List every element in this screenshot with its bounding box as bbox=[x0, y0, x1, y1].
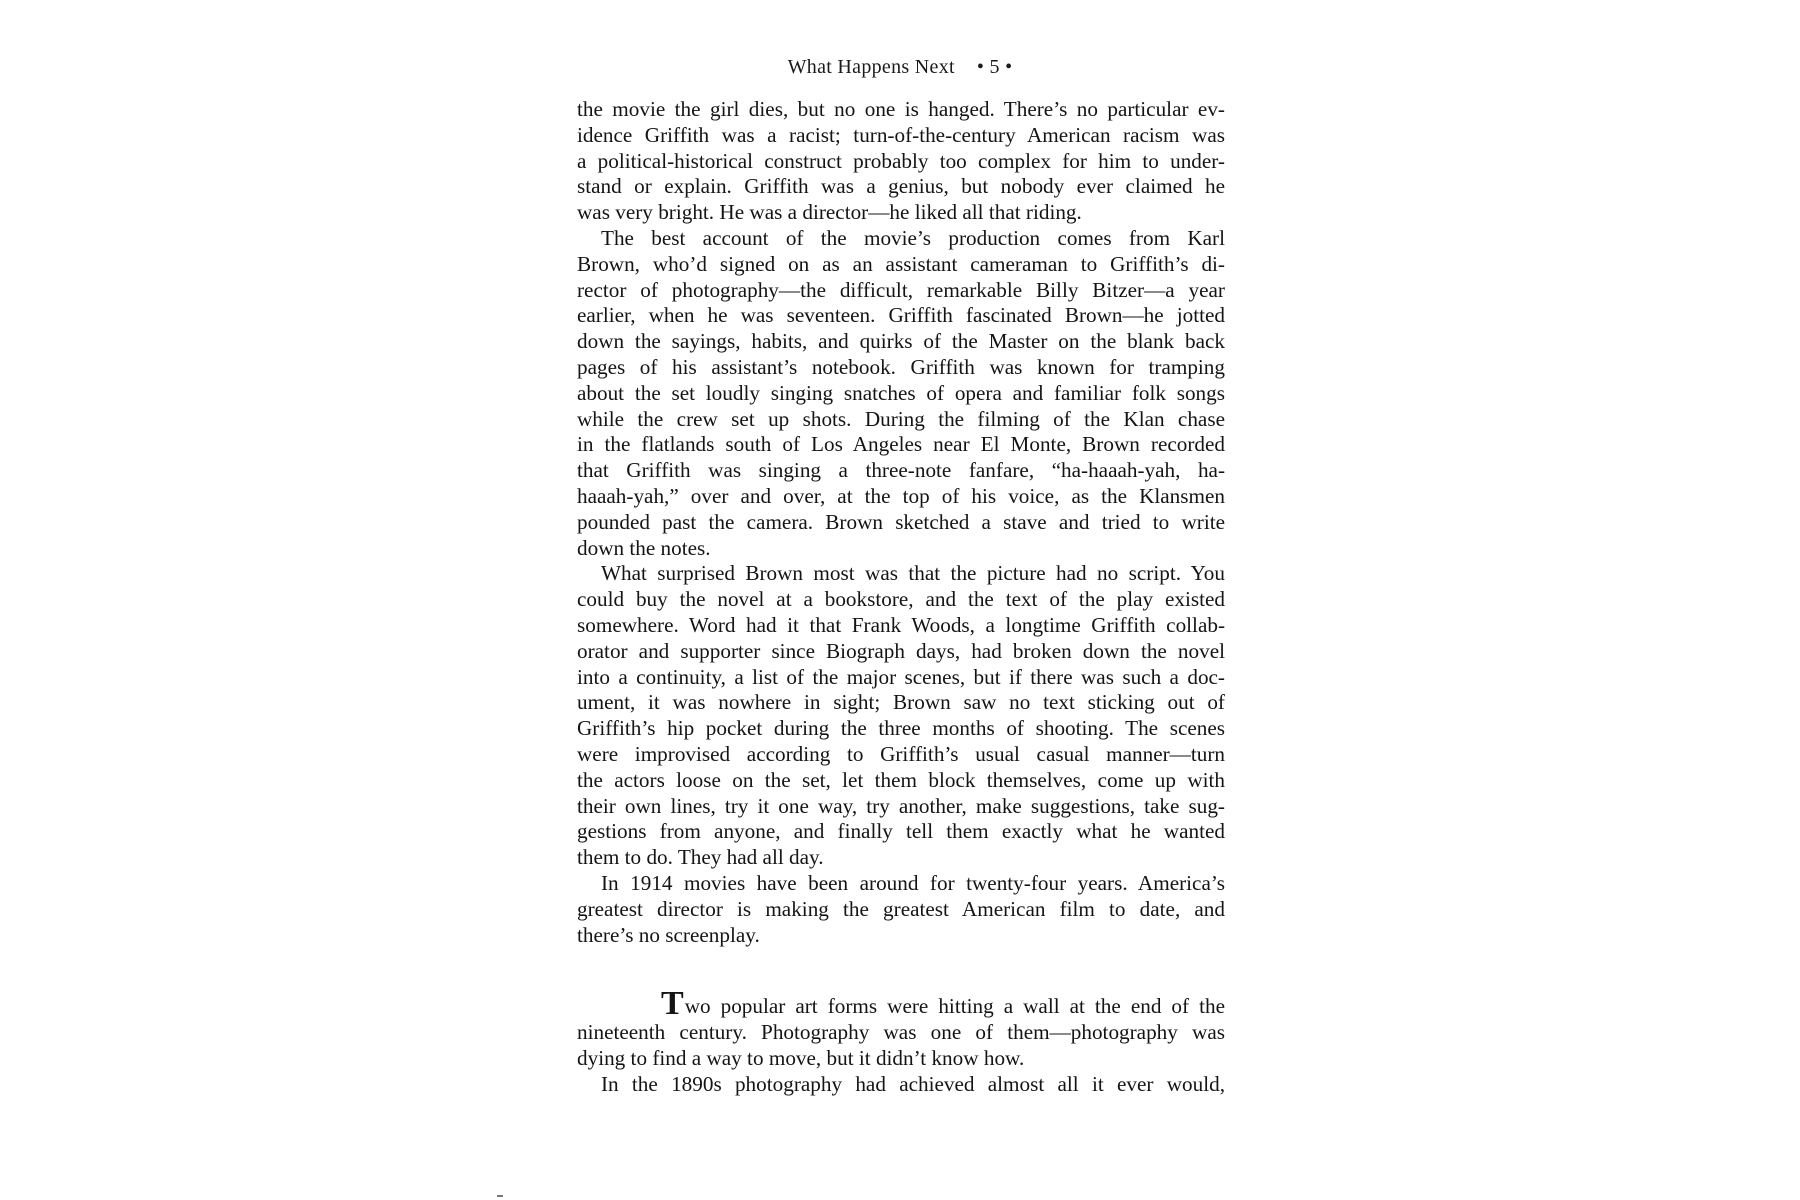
text-line: the actors loose on the set, let them bl… bbox=[577, 768, 1225, 794]
section-2-paragraph-1: Two popular art forms were hitting a wal… bbox=[577, 994, 1225, 1071]
text-line: haaah-yah,” over and over, at the top of… bbox=[577, 484, 1225, 510]
text-line: in the flatlands south of Los Angeles ne… bbox=[577, 432, 1225, 458]
text-line: In 1914 movies have been around for twen… bbox=[577, 871, 1225, 897]
text-line: a political-historical construct probabl… bbox=[577, 149, 1225, 175]
text-line: about the set loudly singing snatches of… bbox=[577, 381, 1225, 407]
text-line: ument, it was nowhere in sight; Brown sa… bbox=[577, 690, 1225, 716]
running-head: What Happens Next• 5 • bbox=[0, 56, 1800, 79]
scan-artifact bbox=[497, 1195, 503, 1197]
paragraph-1: the movie the girl dies, but no one is h… bbox=[577, 97, 1225, 226]
page-number: • 5 • bbox=[977, 56, 1013, 78]
book-page: What Happens Next• 5 • the movie the gir… bbox=[0, 0, 1800, 1200]
paragraph-3: What surprised Brown most was that the p… bbox=[577, 561, 1225, 871]
text-line: stand or explain. Griffith was a genius,… bbox=[577, 174, 1225, 200]
text-line: the movie the girl dies, but no one is h… bbox=[577, 97, 1225, 123]
text-line: Griffith’s hip pocket during the three m… bbox=[577, 716, 1225, 742]
text-line: rector of photography—the difficult, rem… bbox=[577, 278, 1225, 304]
text-line: greatest director is making the greatest… bbox=[577, 897, 1225, 923]
paragraph-4: In 1914 movies have been around for twen… bbox=[577, 871, 1225, 948]
text-line: somewhere. Word had it that Frank Woods,… bbox=[577, 613, 1225, 639]
drop-cap: T bbox=[661, 985, 684, 1022]
text-line: gestions from anyone, and finally tell t… bbox=[577, 819, 1225, 845]
text-line: idence Griffith was a racist; turn-of-th… bbox=[577, 123, 1225, 149]
text-line: while the crew set up shots. During the … bbox=[577, 407, 1225, 433]
text-line: there’s no screenplay. bbox=[577, 923, 1225, 949]
body-text: the movie the girl dies, but no one is h… bbox=[577, 97, 1225, 1097]
text-line: down the notes. bbox=[577, 536, 1225, 562]
text-line: down the sayings, habits, and quirks of … bbox=[577, 329, 1225, 355]
text-line: their own lines, try it one way, try ano… bbox=[577, 794, 1225, 820]
text-line: were improvised according to Griffith’s … bbox=[577, 742, 1225, 768]
text-line: them to do. They had all day. bbox=[577, 845, 1225, 871]
text-line: The best account of the movie’s producti… bbox=[577, 226, 1225, 252]
text-line: Two popular art forms were hitting a wal… bbox=[577, 994, 1225, 1020]
text-line: earlier, when he was seventeen. Griffith… bbox=[577, 303, 1225, 329]
section-2-paragraph-2: In the 1890s photography had achieved al… bbox=[577, 1072, 1225, 1098]
text-line: that Griffith was singing a three-note f… bbox=[577, 458, 1225, 484]
text-line: into a continuity, a list of the major s… bbox=[577, 665, 1225, 691]
running-title: What Happens Next bbox=[788, 56, 955, 78]
paragraph-2: The best account of the movie’s producti… bbox=[577, 226, 1225, 561]
text-line: nineteenth century. Photography was one … bbox=[577, 1020, 1225, 1046]
text-line: was very bright. He was a director—he li… bbox=[577, 200, 1225, 226]
text-line: What surprised Brown most was that the p… bbox=[577, 561, 1225, 587]
text-line: In the 1890s photography had achieved al… bbox=[577, 1072, 1225, 1098]
text-line: Brown, who’d signed on as an assistant c… bbox=[577, 252, 1225, 278]
first-line-text: wo popular art forms were hitting a wall… bbox=[685, 994, 1225, 1018]
text-line: could buy the novel at a bookstore, and … bbox=[577, 587, 1225, 613]
text-line: pounded past the camera. Brown sketched … bbox=[577, 510, 1225, 536]
text-line: dying to find a way to move, but it didn… bbox=[577, 1046, 1225, 1072]
text-line: orator and supporter since Biograph days… bbox=[577, 639, 1225, 665]
text-line: pages of his assistant’s notebook. Griff… bbox=[577, 355, 1225, 381]
